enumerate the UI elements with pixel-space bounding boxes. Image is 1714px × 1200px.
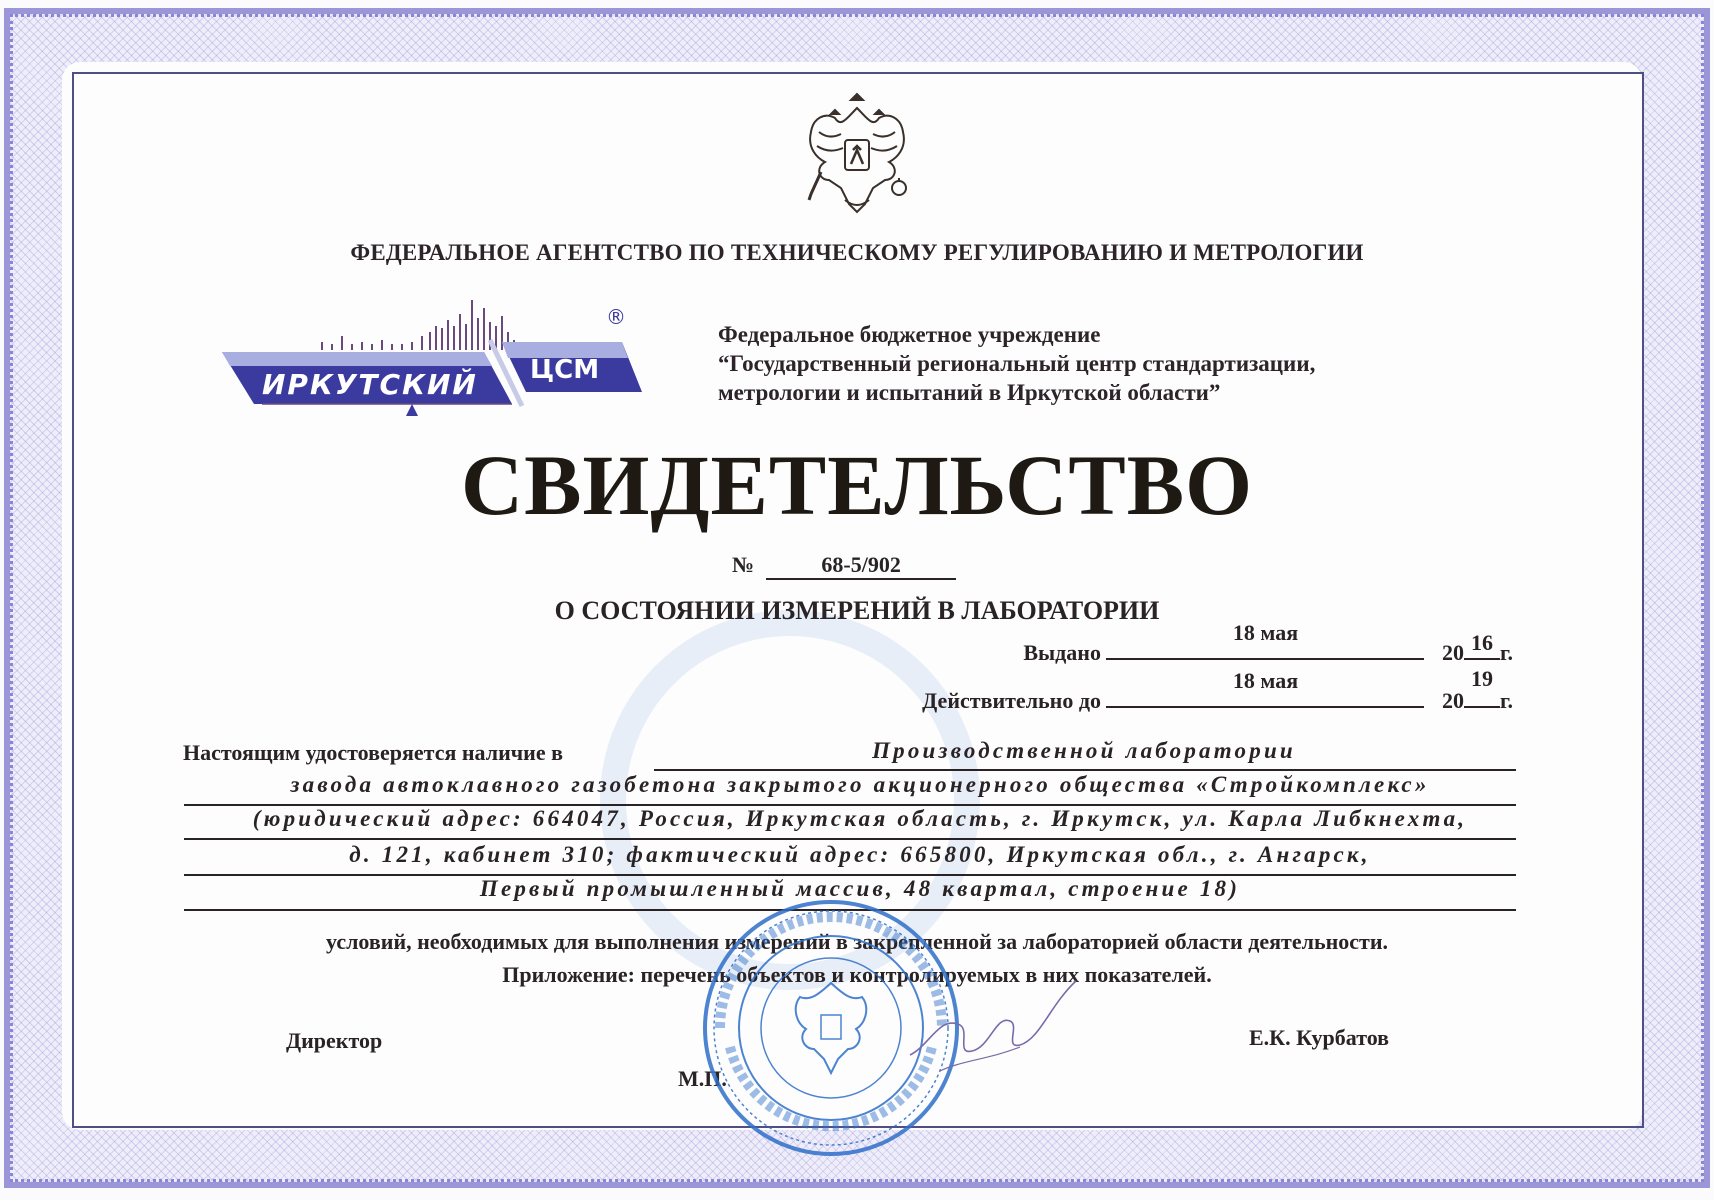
organization-line-3: метрологии и испытаний в Иркутской облас… xyxy=(718,378,1315,407)
organization-line-1: Федеральное бюджетное учреждение xyxy=(718,320,1315,349)
valid-until-century: 20 xyxy=(1442,688,1464,714)
valid-until-row: Действительно до 18 мая 2019г. xyxy=(922,682,1513,714)
actual-address-line: д. 121, кабинет 310; фактический адрес: … xyxy=(160,842,1560,868)
issued-century: 20 xyxy=(1442,640,1464,666)
rule-line-1 xyxy=(654,769,1516,771)
valid-until-year-field: 19 xyxy=(1464,682,1500,708)
number-value: 68-5/902 xyxy=(766,552,956,580)
agency-name: ФЕДЕРАЛЬНОЕ АГЕНТСТВО ПО ТЕХНИЧЕСКОМУ РЕ… xyxy=(0,240,1714,266)
document-subtitle: О СОСТОЯНИИ ИЗМЕРЕНИЙ В ЛАБОРАТОРИИ xyxy=(0,596,1714,626)
handwritten-signature xyxy=(900,975,1080,1085)
lab-name-line: Производственной лаборатории xyxy=(650,738,1518,764)
issued-year-suffix: г. xyxy=(1500,640,1513,665)
issued-date-row: Выдано 18 мая 2016г. xyxy=(1023,634,1513,666)
director-title: Директор xyxy=(286,1028,382,1054)
organization-name: Федеральное бюджетное учреждение “Госуда… xyxy=(718,320,1315,407)
legal-address-line: (юридический адрес: 664047, Россия, Ирку… xyxy=(120,806,1600,832)
svg-text:®: ® xyxy=(606,305,626,329)
issued-day-month-field: 18 мая xyxy=(1106,634,1424,660)
rule-line-3 xyxy=(184,838,1516,840)
double-headed-eagle-emblem-icon xyxy=(795,88,919,220)
issued-label: Выдано xyxy=(1023,640,1101,665)
document-title: СВИДЕТЕЛЬСТВО xyxy=(0,435,1714,535)
number-symbol: № xyxy=(732,552,754,577)
svg-text:ЦСМ: ЦСМ xyxy=(530,355,599,385)
plant-name-line: завода автоклавного газобетона закрытого… xyxy=(160,772,1560,798)
valid-until-day-month-field: 18 мая xyxy=(1106,682,1424,708)
logo-graphic-icon: ИРКУТСКИЙ ЦСМ ® xyxy=(222,296,642,416)
irkutsk-csm-logo: ИРКУТСКИЙ ЦСМ ® xyxy=(222,296,642,416)
certificate-number: №68-5/902 xyxy=(732,552,956,580)
organization-line-2: “Государственный региональный центр стан… xyxy=(718,349,1315,378)
signer-name: Е.К. Курбатов xyxy=(1249,1025,1389,1051)
valid-until-label: Действительно до xyxy=(922,688,1101,713)
svg-text:ИРКУТСКИЙ: ИРКУТСКИЙ xyxy=(262,367,478,401)
valid-until-year-suffix: г. xyxy=(1500,688,1513,713)
issued-year-field: 16 xyxy=(1464,634,1500,660)
certification-intro: Настоящим удостоверяется наличие в xyxy=(183,740,563,766)
